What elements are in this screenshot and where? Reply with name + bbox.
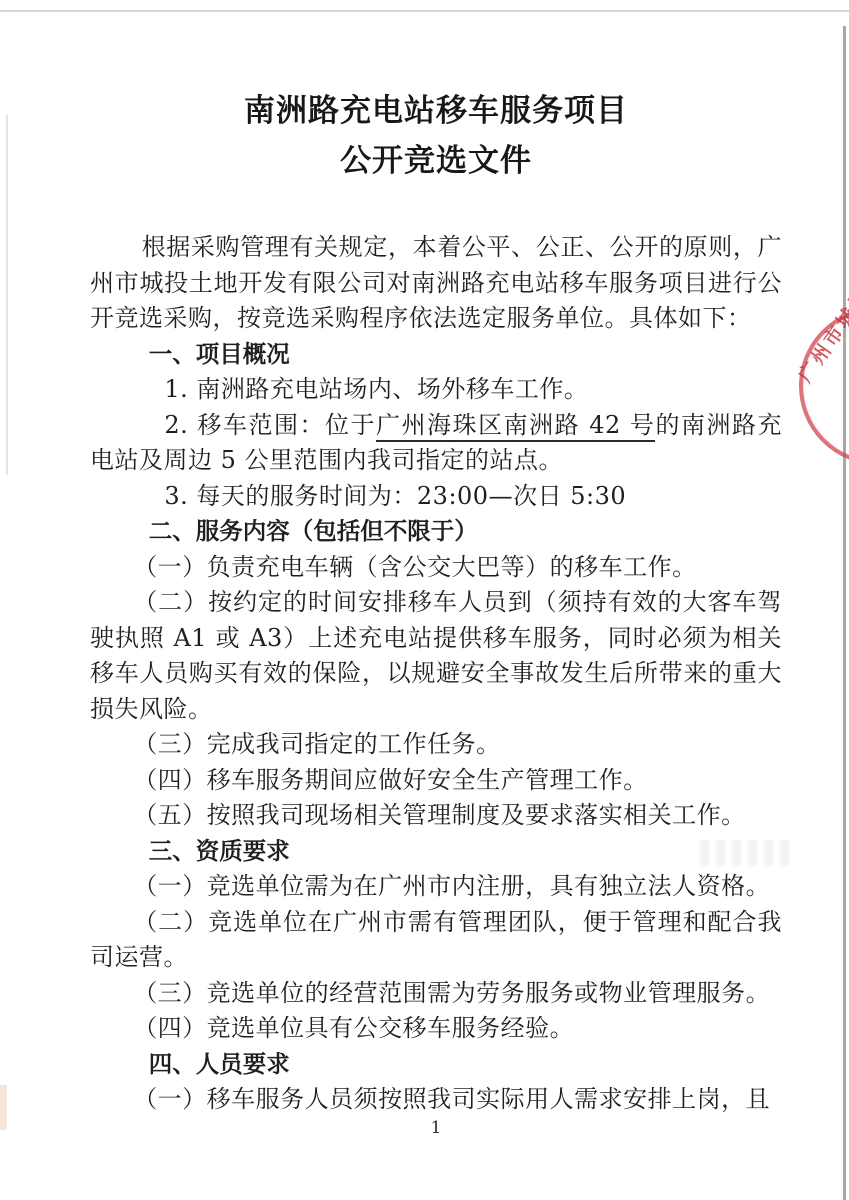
section-heading-4: 四、人员要求: [90, 1047, 782, 1083]
section1-item-1: 1. 南洲路充电站场内、场外移车工作。: [90, 372, 782, 408]
title-line-1: 南洲路充电站移车服务项目: [90, 86, 782, 136]
seal-circle: [799, 307, 849, 465]
page-number: 1: [90, 1118, 782, 1138]
section4-item-1: （一）移车服务人员须按照我司实际用人需求安排上岗，且: [90, 1082, 782, 1118]
document-body: 根据采购管理有关规定，本着公平、公正、公开的原则，广州市城投土地开发有限公司对南…: [90, 230, 782, 1118]
scanned-document-page: { "colors": { "text": "#1f1f1f", "stamp_…: [0, 0, 849, 1200]
section3-item-3: （三）竞选单位的经营范围需为劳务服务或物业管理服务。: [90, 976, 782, 1012]
section2-item-2: （二）按约定的时间安排移车人员到（须持有效的大客车驾驶执照 A1 或 A3）上述…: [90, 585, 782, 727]
section2-item-5: （五）按照我司现场相关管理制度及要求落实相关工作。: [90, 798, 782, 834]
title-line-2: 公开竞选文件: [90, 136, 782, 186]
company-seal-stamp: 广州市城投土地: [790, 298, 849, 472]
section1-item-2: 2. 移车范围：位于广州海珠区南洲路 42 号的南洲路充电站及周边 5 公里范围…: [90, 408, 782, 479]
intro-paragraph: 根据采购管理有关规定，本着公平、公正、公开的原则，广州市城投土地开发有限公司对南…: [90, 230, 782, 337]
section3-item-2: （二）竞选单位在广州市需有管理团队，便于管理和配合我司运营。: [90, 905, 782, 976]
scan-right-edge-line: [843, 26, 846, 1200]
section-heading-2: 二、服务内容（包括但不限于）: [90, 514, 782, 550]
scan-left-edge-artifact: [6, 115, 8, 475]
section1-item-3: 3. 每天的服务时间为：23:00—次日 5:30: [90, 479, 782, 515]
section-heading-1: 一、项目概况: [90, 337, 782, 373]
section3-item-4: （四）竞选单位具有公交移车服务经验。: [90, 1011, 782, 1047]
scan-smudge-artifact: [0, 1085, 7, 1130]
section2-item-3: （三）完成我司指定的工作任务。: [90, 727, 782, 763]
document-title: 南洲路充电站移车服务项目 公开竞选文件: [90, 86, 782, 186]
section2-item-4: （四）移车服务期间应做好安全生产管理工作。: [90, 763, 782, 799]
section3-item-1: （一）竞选单位需为在广州市内注册，具有独立法人资格。: [90, 869, 782, 905]
seal-text: 广州市城投土地: [791, 298, 849, 387]
item2-underlined-address: 广州海珠区南洲路 42 号: [376, 411, 655, 442]
item2-prefix: 2. 移车范围：位于: [164, 411, 376, 439]
section2-item-1: （一）负责充电车辆（含公交大巴等）的移车工作。: [90, 550, 782, 586]
scan-top-edge-line: [0, 10, 849, 12]
document-content: 南洲路充电站移车服务项目 公开竞选文件 根据采购管理有关规定，本着公平、公正、公…: [90, 86, 782, 1118]
section-heading-3: 三、资质要求: [90, 834, 782, 870]
